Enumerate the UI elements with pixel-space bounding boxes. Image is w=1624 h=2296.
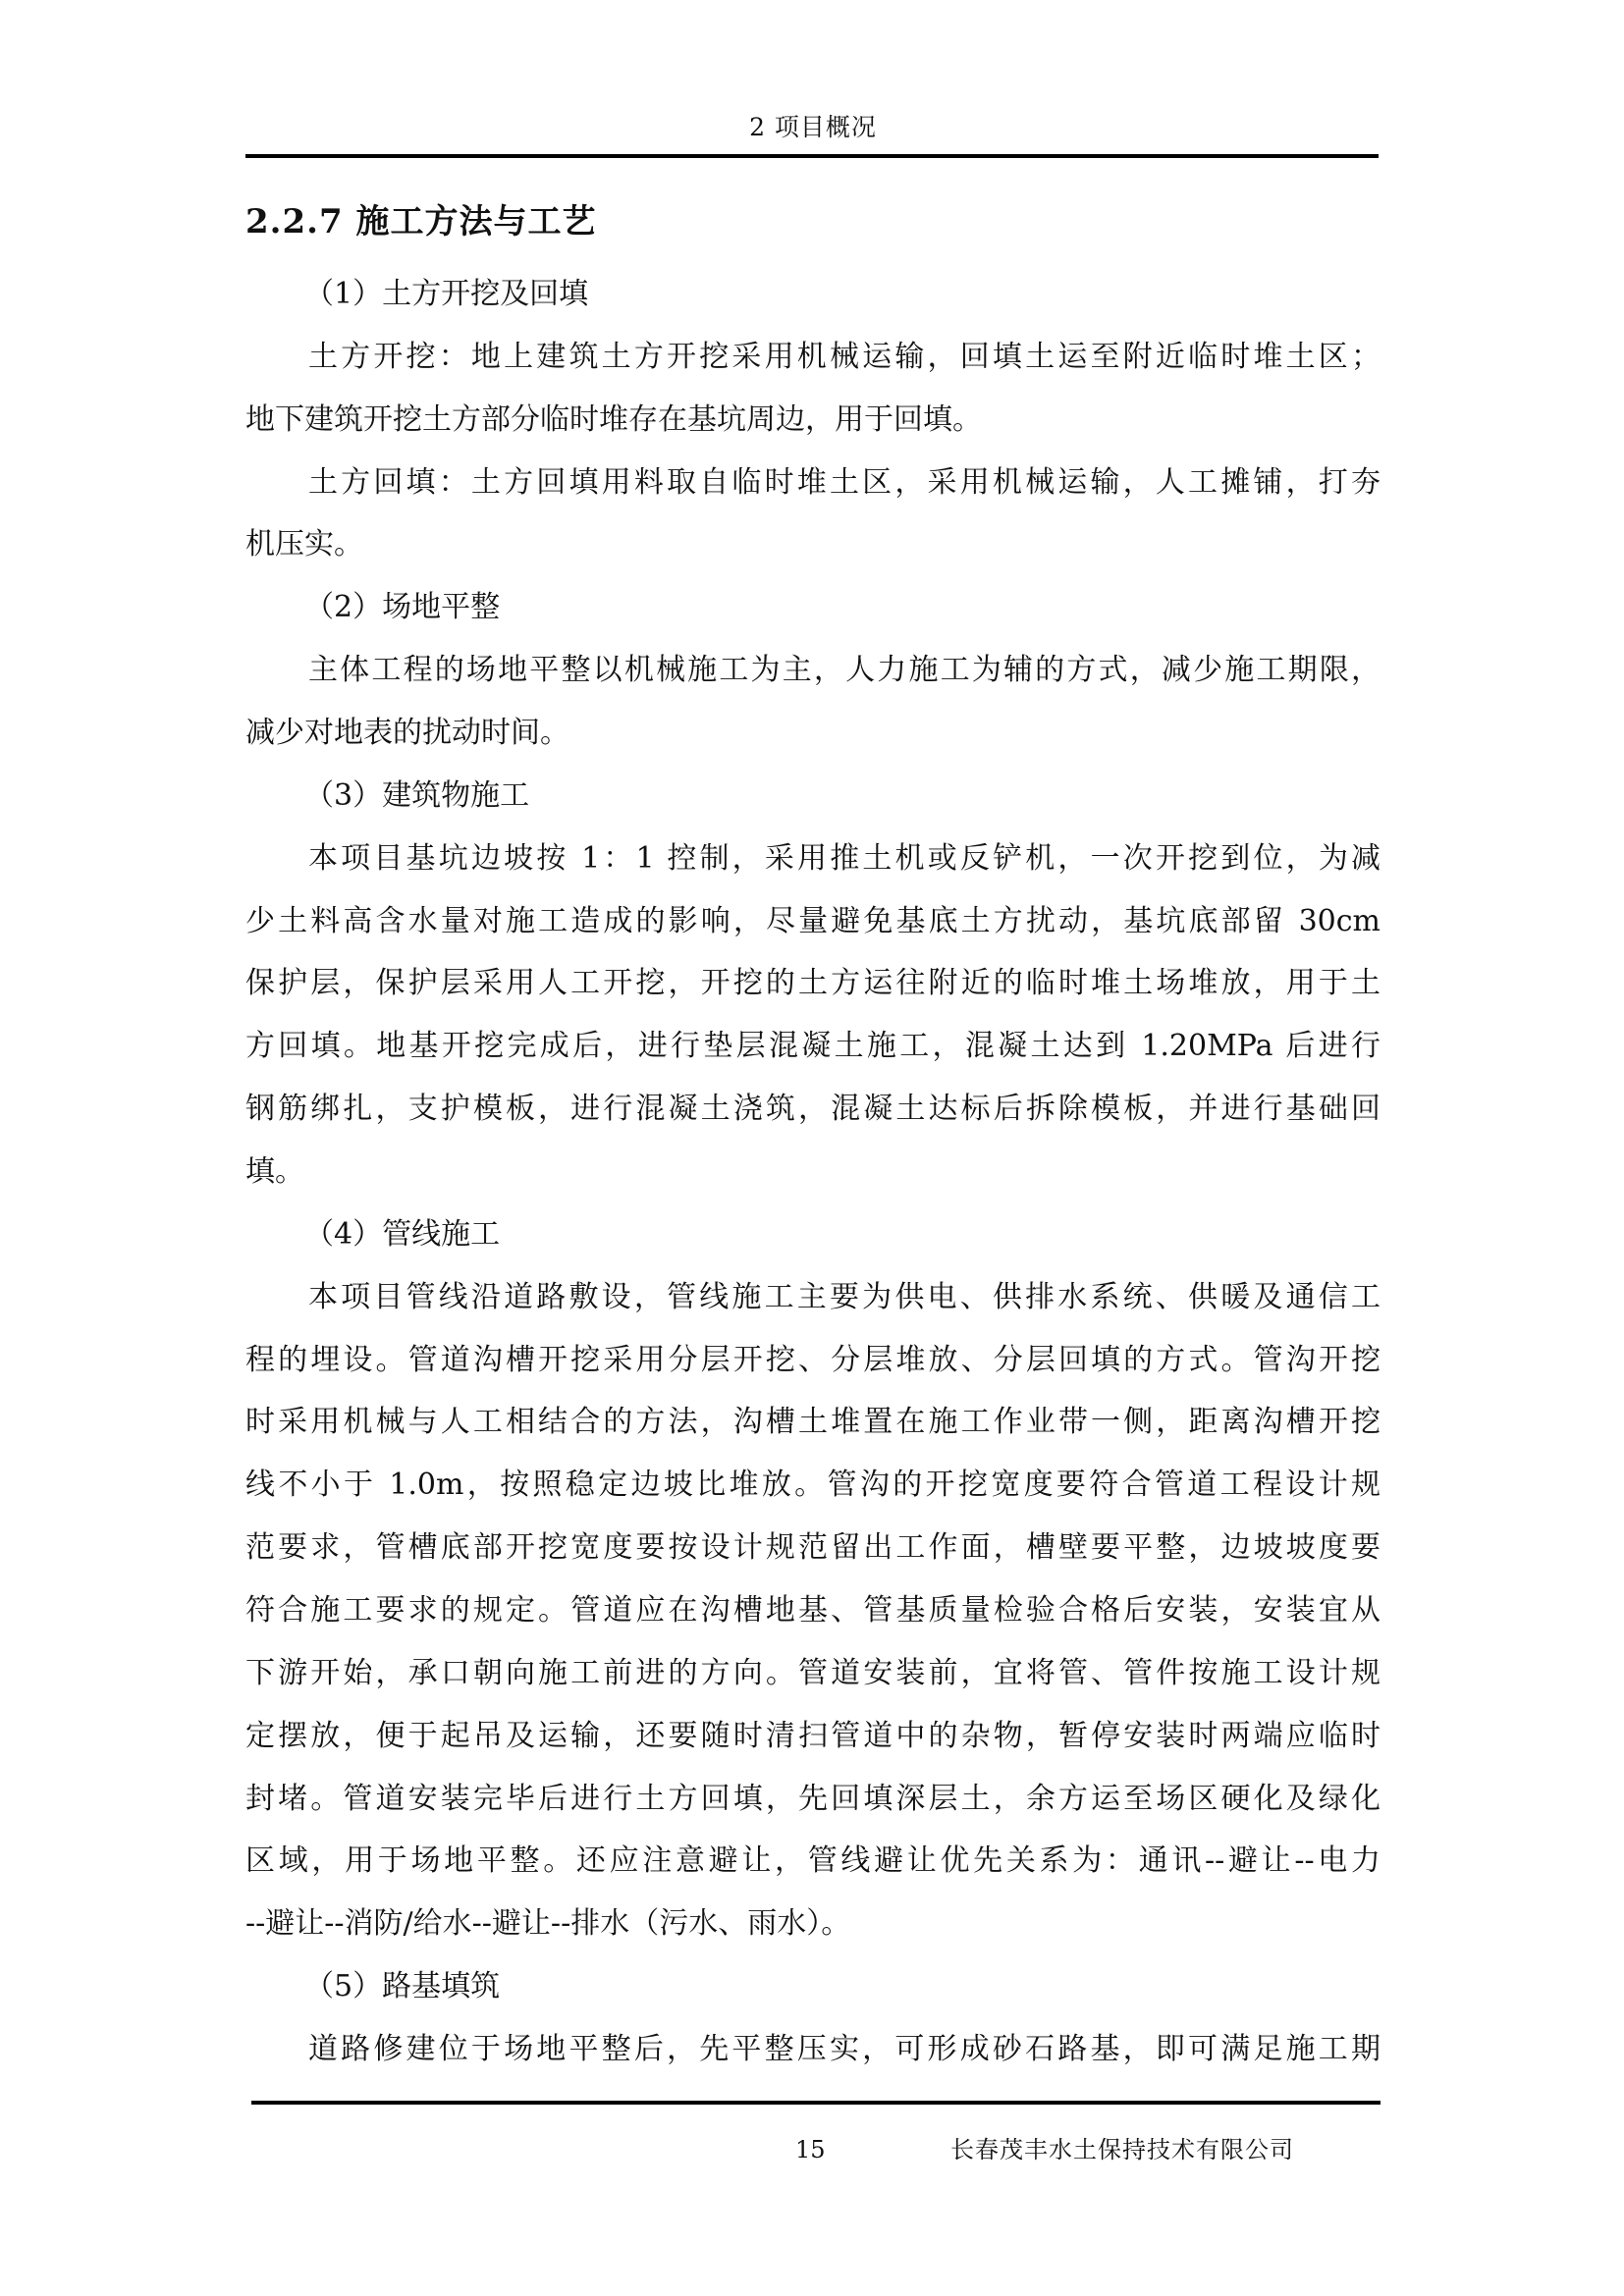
paragraph-first-line: 主体工程的场地平整以机械施工为主，人力施工为辅的方式，减少施工期限， (245, 639, 1380, 702)
page-header-chapter-title: 2 项目概况 (245, 110, 1380, 145)
paragraph-line: 地下建筑开挖土方部分临时堆存在基坑周边，用于回填。 (245, 389, 1380, 452)
paragraph-first-line: 本项目基坑边坡按 1：1 控制，采用推土机或反铲机，一次开挖到位，为减 (245, 828, 1380, 890)
subsection-heading: （5）路基填筑 (245, 1955, 1380, 2018)
paragraph-first-line: 道路修建位于场地平整后，先平整压实，可形成砂石路基，即可满足施工期 (245, 2018, 1380, 2081)
body-text: （1）土方开挖及回填土方开挖：地上建筑土方开挖采用机械运输，回填土运至附近临时堆… (245, 263, 1380, 2081)
paragraph-line: 符合施工要求的规定。管道应在沟槽地基、管基质量检验合格后安装，安装宜从 (245, 1579, 1380, 1642)
paragraph-line: 保护层，保护层采用人工开挖，开挖的土方运往附近的临时堆土场堆放，用于土 (245, 952, 1380, 1015)
subsection-heading: （1）土方开挖及回填 (245, 263, 1380, 326)
paragraph-line: 区域，用于场地平整。还应注意避让，管线避让优先关系为：通讯--避让--电力 (245, 1830, 1380, 1893)
subsection-heading: （2）场地平整 (245, 576, 1380, 639)
paragraph-first-line: 土方回填：土方回填用料取自临时堆土区，采用机械运输，人工摊铺，打夯 (245, 452, 1380, 514)
paragraph-first-line: 土方开挖：地上建筑土方开挖采用机械运输，回填土运至附近临时堆土区； (245, 326, 1380, 389)
subsection-heading: （3）建筑物施工 (245, 765, 1380, 828)
paragraph-line: 少土料高含水量对施工造成的影响，尽量避免基底土方扰动，基坑底部留 30cm (245, 890, 1380, 953)
paragraph-line: 线不小于 1.0m，按照稳定边坡比堆放。管沟的开挖宽度要符合管道工程设计规 (245, 1454, 1380, 1517)
paragraph-line: 减少对地表的扰动时间。 (245, 702, 1380, 765)
page-number: 15 (795, 2133, 826, 2166)
footer-company-name: 长春茂丰水土保持技术有限公司 (950, 2133, 1294, 2166)
paragraph-line: 钢筋绑扎，支护模板，进行混凝土浇筑，混凝土达标后拆除模板，并进行基础回 (245, 1078, 1380, 1141)
paragraph-line: 机压实。 (245, 513, 1380, 576)
paragraph-line: 定摆放，便于起吊及运输，还要随时清扫管道中的杂物，暂停安装时两端应临时 (245, 1705, 1380, 1768)
paragraph-first-line: 本项目管线沿道路敷设，管线施工主要为供电、供排水系统、供暖及通信工 (245, 1266, 1380, 1329)
subsection-heading: （4）管线施工 (245, 1203, 1380, 1266)
paragraph-line: 封堵。管道安装完毕后进行土方回填，先回填深层土，余方运至场区硬化及绿化 (245, 1768, 1380, 1831)
section-heading: 2.2.7 施工方法与工艺 (245, 199, 596, 244)
footer-rule (251, 2101, 1380, 2105)
paragraph-line: 方回填。地基开挖完成后，进行垫层混凝土施工，混凝土达到 1.20MPa 后进行 (245, 1015, 1380, 1078)
paragraph-line: 填。 (245, 1141, 1380, 1203)
paragraph-line: 时采用机械与人工相结合的方法，沟槽土堆置在施工作业带一侧，距离沟槽开挖 (245, 1391, 1380, 1454)
paragraph-line: 程的埋设。管道沟槽开挖采用分层开挖、分层堆放、分层回填的方式。管沟开挖 (245, 1329, 1380, 1392)
paragraph-line: 下游开始，承口朝向施工前进的方向。管道安装前，宜将管、管件按施工设计规 (245, 1642, 1380, 1705)
paragraph-line: --避让--消防/给水--避让--排水（污水、雨水）。 (245, 1893, 1380, 1955)
paragraph-line: 范要求，管槽底部开挖宽度要按设计规范留出工作面，槽壁要平整，边坡坡度要 (245, 1517, 1380, 1579)
header-rule (245, 154, 1379, 158)
